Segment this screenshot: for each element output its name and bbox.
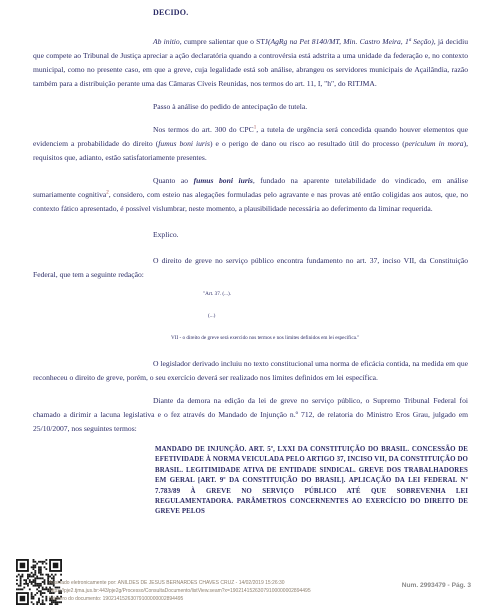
latin-term: periculum in mora bbox=[405, 139, 464, 148]
section-title: DECIDO. bbox=[153, 8, 468, 17]
quote-mandado-injuncao: MANDADO DE INJUNÇÃO. ART. 5º, LXXI DA CO… bbox=[155, 445, 468, 518]
document-body: DECIDO. Ab initio, cumpre salientar que … bbox=[0, 0, 495, 518]
paragraph-explico: Explico. bbox=[33, 228, 468, 242]
page-footer: Assinado eletronicamente por: ANILDES DE… bbox=[0, 553, 495, 611]
quote-art37-line1: "Art. 37. (...). bbox=[203, 291, 468, 298]
signature-block: Assinado eletronicamente por: ANILDES DE… bbox=[49, 579, 311, 603]
paragraph-fumus: Quanto ao fumus boni iuris, fundado na a… bbox=[33, 174, 468, 216]
document-page: DECIDO. Ab initio, cumpre salientar que … bbox=[0, 0, 495, 611]
paragraph-text: ) e o perigo de dano ou risco ao resulta… bbox=[210, 139, 405, 148]
latin-term: fumus boni iuris bbox=[158, 139, 210, 148]
paragraph-ab-initio: Ab initio, cumpre salientar que o STJ(Ag… bbox=[33, 35, 468, 91]
document-url-line: https://pje2.tjma.jus.br:443/pje2g/Proce… bbox=[49, 587, 311, 595]
case-citation: (AgRg na Pet 8140/MT, Min. Castro Meira,… bbox=[268, 37, 434, 46]
paragraph-tutela: Nos termos do art. 300 do CPC1, a tutela… bbox=[33, 123, 468, 165]
paragraph-text: Nos termos do art. 300 do CPC bbox=[153, 125, 254, 134]
paragraph-text: , cumpre salientar que o STJ bbox=[180, 37, 268, 46]
paragraph-direito-greve: O direito de greve no serviço público en… bbox=[33, 254, 468, 282]
paragraph-legislador: O legislador derivado incluiu no texto c… bbox=[33, 357, 468, 385]
latin-term: fumus boni iuris bbox=[194, 176, 253, 185]
paragraph-passo: Passo à análise do pedido de antecipação… bbox=[33, 100, 468, 114]
quote-art37-line2: (...) bbox=[208, 313, 468, 320]
quote-art37-line3: VII - o direito de greve será exercido n… bbox=[171, 335, 468, 342]
document-number-line: Número do documento: 1902141526307910000… bbox=[49, 595, 311, 603]
page-number-badge: Num. 2993479 - Pág. 3 bbox=[402, 582, 471, 589]
paragraph-text: Quanto ao bbox=[153, 176, 194, 185]
signed-by-line: Assinado eletronicamente por: ANILDES DE… bbox=[49, 579, 311, 587]
latin-term: Ab initio bbox=[153, 37, 180, 46]
paragraph-diante: Diante da demora na edição da lei de gre… bbox=[33, 394, 468, 436]
